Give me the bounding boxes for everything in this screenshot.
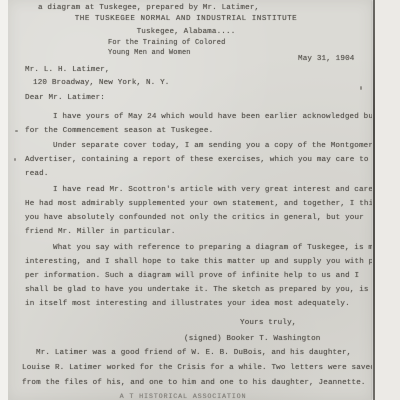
scanned-letter-photo: a diagram at Tuskegee, prepared by Mr. L…	[0, 0, 400, 400]
body-paragraph-3: I have read Mr. Scottron's article with …	[25, 183, 369, 239]
body-paragraph-2: Under separate cover today, I am sending…	[25, 139, 369, 181]
body-paragraph-4: What you say with reference to preparing…	[25, 241, 369, 311]
association-stamp-partial: A T HISTORICAL ASSOCIATION	[14, 390, 352, 400]
letter-date: May 31, 1904	[298, 52, 354, 66]
letterhead-motto: For the Training of Colored Young Men an…	[108, 39, 225, 58]
paper-speck	[15, 130, 18, 132]
letterhead-location: Tuskegee, Alabama....	[17, 25, 355, 39]
recipient-address: 120 Broadway, New York, N. Y.	[33, 76, 170, 90]
letter-paper: a diagram at Tuskegee, prepared by Mr. L…	[8, 0, 372, 400]
paper-speck	[360, 86, 362, 90]
photo-frame-right-margin	[375, 0, 400, 400]
salutation: Dear Mr. Latimer:	[25, 91, 105, 105]
paper-speck	[14, 158, 16, 161]
archival-annotation: Mr. Latimer was a good friend of W. E. B…	[22, 346, 372, 392]
recipient-name: Mr. L. H. Latimer,	[25, 63, 110, 77]
letterhead-institution: THE TUSKEGEE NORMAL AND INDUSTRIAL INSTI…	[17, 12, 355, 26]
signature-line: (signed) Booker T. Washington	[184, 332, 321, 346]
closing-line: Yours truly,	[240, 316, 296, 330]
body-paragraph-1: I have yours of May 24 which would have …	[25, 110, 369, 138]
